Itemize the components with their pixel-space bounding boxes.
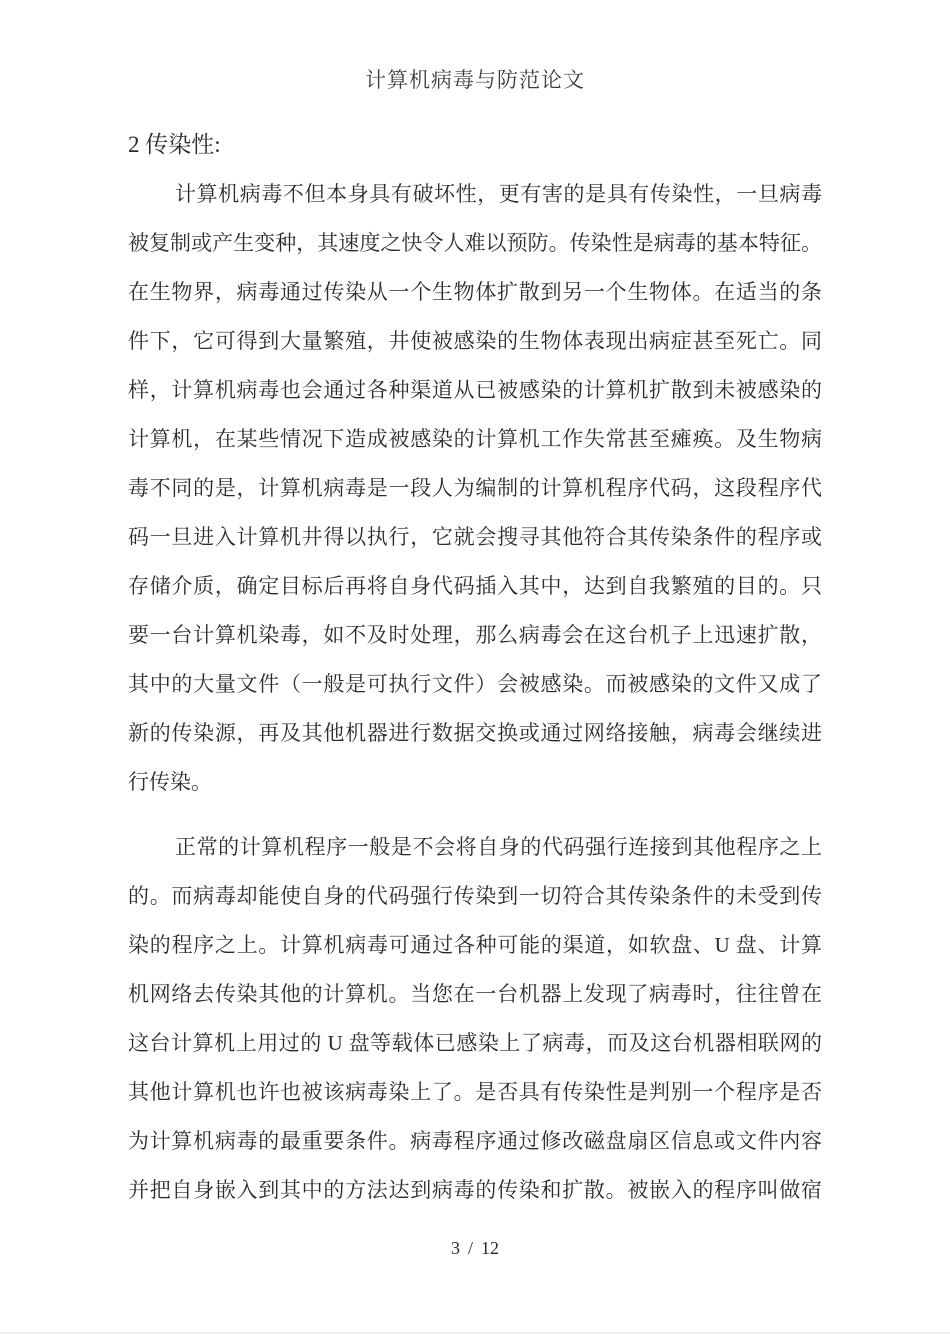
text-line: 被复制或产生变种，其速度之快令人难以预防。传染性是病毒的基本特征。: [128, 219, 822, 268]
paragraph: 计算机病毒不但本身具有破坏性，更有害的是具有传染性，一旦病毒被复制或产生变种，其…: [128, 170, 822, 807]
page-number-current: 3: [451, 1238, 460, 1258]
page-footer: 3/12: [0, 1238, 950, 1259]
text-line: 其他计算机也许也被该病毒染上了。是否具有传染性是判别一个程序是否: [128, 1068, 822, 1117]
text-line: 其中的大量文件（一般是可执行文件）会被感染。而被感染的文件又成了: [128, 660, 822, 709]
text-line: 样，计算机病毒也会通过各种渠道从已被感染的计算机扩散到未被感染的: [128, 366, 822, 415]
text-line: 新的传染源，再及其他机器进行数据交换或通过网络接触，病毒会继续进: [128, 709, 822, 758]
page-number-total: 12: [481, 1238, 499, 1258]
text-line: 染的程序之上。计算机病毒可通过各种可能的渠道，如软盘、U 盘、计算: [128, 921, 822, 970]
text-line: 这台计算机上用过的 U 盘等载体已感染上了病毒，而及这台机器相联网的: [128, 1019, 822, 1068]
text-line: 码一旦进入计算机井得以执行，它就会搜寻其他符合其传染条件的程序或: [128, 513, 822, 562]
text-line: 正常的计算机程序一般是不会将自身的代码强行连接到其他程序之上: [128, 823, 822, 872]
section-heading: 2 传染性:: [128, 126, 221, 159]
paragraph: 正常的计算机程序一般是不会将自身的代码强行连接到其他程序之上的。而病毒却能使自身…: [128, 823, 822, 1215]
bottom-divider: [0, 1332, 950, 1334]
text-line: 的。而病毒却能使自身的代码强行传染到一切符合其传染条件的未受到传: [128, 872, 822, 921]
text-line: 在生物界，病毒通过传染从一个生物体扩散到另一个生物体。在适当的条: [128, 268, 822, 317]
document-header-title: 计算机病毒与防范论文: [0, 64, 950, 94]
text-line: 要一台计算机染毒，如不及时处理，那么病毒会在这台机子上迅速扩散，: [128, 611, 822, 660]
text-line: 计算机，在某些情况下造成被感染的计算机工作失常甚至瘫痪。及生物病: [128, 415, 822, 464]
text-line: 存储介质，确定目标后再将自身代码插入其中，达到自我繁殖的目的。只: [128, 562, 822, 611]
page-number-separator: /: [468, 1238, 473, 1258]
text-line: 毒不同的是，计算机病毒是一段人为编制的计算机程序代码，这段程序代: [128, 464, 822, 513]
text-line: 计算机病毒不但本身具有破坏性，更有害的是具有传染性，一旦病毒: [128, 170, 822, 219]
text-line: 件下，它可得到大量繁殖，井使被感染的生物体表现出病症甚至死亡。同: [128, 317, 822, 366]
text-line: 并把自身嵌入到其中的方法达到病毒的传染和扩散。被嵌入的程序叫做宿: [128, 1166, 822, 1215]
text-line: 机网络去传染其他的计算机。当您在一台机器上发现了病毒时，往往曾在: [128, 970, 822, 1019]
document-page: 计算机病毒与防范论文 2 传染性: 计算机病毒不但本身具有破坏性，更有害的是具有…: [0, 0, 950, 1341]
text-line: 行传染。: [128, 758, 822, 807]
text-line: 为计算机病毒的最重要条件。病毒程序通过修改磁盘扇区信息或文件内容: [128, 1117, 822, 1166]
